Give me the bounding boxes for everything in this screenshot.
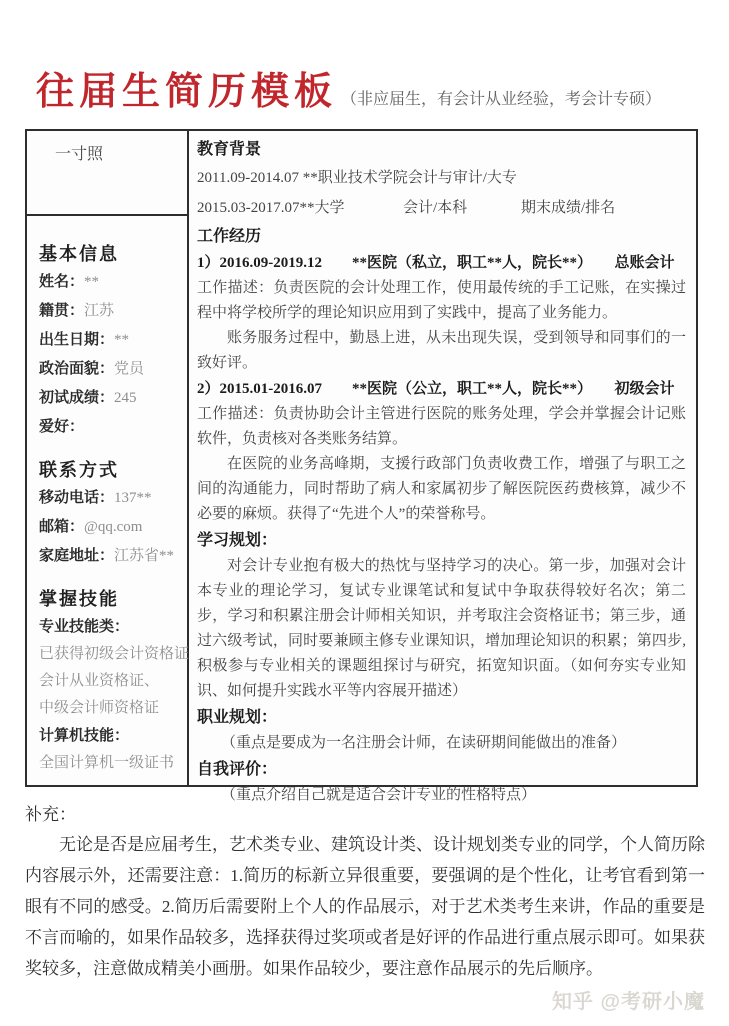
- work-heading: 工作经历: [197, 223, 686, 250]
- basic-info-heading: 基本信息: [39, 240, 181, 268]
- professional-skills-label: 专业技能类：: [39, 613, 181, 641]
- field-label: 爱好：: [39, 419, 84, 435]
- field-value: 江苏省**: [114, 548, 174, 564]
- computer-skill-items: 全国计算机一级证书: [39, 750, 181, 777]
- professional-skill-items: 已获得初级会计资格证会计从业资格证、中级会计师资格证: [39, 641, 181, 722]
- info-field: 家庭地址：江苏省**: [39, 542, 181, 571]
- education-cell: 2011.09-2014.07 **职业技术学院: [197, 163, 408, 193]
- job-title: 1）2016.09-2019.12 **医院（私立，职工**人，院长**） 总账…: [197, 250, 686, 276]
- field-label: 姓名：: [39, 274, 84, 290]
- info-field: 姓名：**: [39, 268, 181, 297]
- field-label: 初试成绩：: [39, 390, 114, 406]
- education-row: 2011.09-2014.07 **职业技术学院会计与审计/大专: [197, 163, 686, 193]
- supplement-section: 补充： 无论是否是应届考生，艺术类专业、建筑设计类、设计规划类专业的同学，个人简…: [25, 800, 705, 984]
- job-paragraph: 工作描述：负责医院的会计处理工作，使用最传统的手工记账，在实操过程中将学校所学的…: [197, 276, 686, 326]
- field-value: 137**: [114, 490, 152, 506]
- page-subtitle: （非应届生，有会计从业经验，考会计专硕）: [341, 91, 661, 108]
- doc-title: 往届生简历模板（非应届生，有会计从业经验，考会计专硕）: [0, 0, 729, 115]
- study-plan-heading: 学习规划：: [197, 527, 686, 554]
- left-column: 一寸照 基本信息 姓名：**籍贯：江苏出生日期：**政治面貌：党员初试成绩：24…: [27, 131, 189, 785]
- photo-placeholder: 一寸照: [27, 131, 187, 216]
- education-cell: 2015.03-2017.07**大学: [197, 193, 403, 223]
- right-column: 教育背景 2011.09-2014.07 **职业技术学院会计与审计/大专201…: [189, 131, 696, 785]
- basic-info-section: 基本信息 姓名：**籍贯：江苏出生日期：**政治面貌：党员初试成绩：245爱好：: [39, 240, 181, 442]
- contact-heading: 联系方式: [39, 456, 181, 484]
- job-title: 2）2015.01-2016.07 **医院（公立，职工**人，院长**） 初级…: [197, 376, 686, 402]
- info-field: 邮箱：@qq.com: [39, 513, 181, 542]
- education-heading: 教育背景: [197, 136, 686, 163]
- self-evaluation-heading: 自我评价：: [197, 756, 686, 783]
- skill-item: 全国计算机一级证书: [39, 750, 181, 777]
- supplement-body: 无论是否是应届考生，艺术类专业、建筑设计类、设计规划类专业的同学，个人简历除内容…: [25, 829, 705, 984]
- field-label: 移动电话：: [39, 490, 114, 506]
- study-plan-body: 对会计专业抱有极大的热忱与坚持学习的决心。第一步，加强对会计本专业的理论学习，复…: [197, 554, 686, 704]
- education-rows: 2011.09-2014.07 **职业技术学院会计与审计/大专2015.03-…: [197, 163, 686, 223]
- job-paragraph: 工作描述：负责协助会计主管进行医院的账务处理，学会并掌握会计记账软件，负责核对各…: [197, 402, 686, 452]
- basic-info-fields: 姓名：**籍贯：江苏出生日期：**政治面貌：党员初试成绩：245爱好：: [39, 268, 181, 442]
- education-row: 2015.03-2017.07**大学会计/本科期末成绩/排名: [197, 193, 686, 223]
- self-evaluation-body: （重点介绍自己就是适合会计专业的性格特点）: [197, 783, 686, 808]
- resume-page: 往届生简历模板（非应届生，有会计从业经验，考会计专硕） 一寸照 基本信息 姓名：…: [0, 0, 729, 1026]
- field-value: 江苏: [84, 303, 114, 319]
- info-field: 移动电话：137**: [39, 484, 181, 513]
- info-field: 籍贯：江苏: [39, 297, 181, 326]
- watermark: 知乎 @考研小魔: [552, 985, 705, 1014]
- field-label: 政治面貌：: [39, 361, 114, 377]
- career-plan-body: （重点是要成为一名注册会计师，在读研期间能做出的准备）: [197, 731, 686, 756]
- field-value: **: [114, 332, 129, 348]
- contact-fields: 移动电话：137**邮箱：@qq.com家庭地址：江苏省**: [39, 484, 181, 571]
- resume-table: 一寸照 基本信息 姓名：**籍贯：江苏出生日期：**政治面貌：党员初试成绩：24…: [25, 129, 698, 787]
- page-title: 往届生简历模板: [36, 71, 337, 113]
- skills-heading: 掌握技能: [39, 585, 181, 613]
- job-paragraph: 在医院的业务高峰期，支援行政部门负责收费工作，增强了与职工之间的沟通能力，同时帮…: [197, 452, 686, 527]
- field-value: **: [84, 274, 99, 290]
- skills-section: 掌握技能 专业技能类： 已获得初级会计资格证会计从业资格证、中级会计师资格证 计…: [39, 585, 181, 777]
- job-list: 1）2016.09-2019.12 **医院（私立，职工**人，院长**） 总账…: [197, 250, 686, 527]
- skill-item: 会计从业资格证、: [39, 668, 181, 695]
- field-label: 邮箱：: [39, 519, 84, 535]
- field-value: 党员: [114, 361, 144, 377]
- education-cell: 期末成绩/排名: [521, 193, 615, 223]
- field-value: @qq.com: [84, 519, 142, 535]
- info-field: 政治面貌：党员: [39, 355, 181, 384]
- field-value: 245: [114, 390, 137, 406]
- info-field: 爱好：: [39, 413, 181, 442]
- info-field: 初试成绩：245: [39, 384, 181, 413]
- info-field: 出生日期：**: [39, 326, 181, 355]
- skill-item: 已获得初级会计资格证: [39, 641, 181, 668]
- field-label: 家庭地址：: [39, 548, 114, 564]
- left-info-cell: 基本信息 姓名：**籍贯：江苏出生日期：**政治面貌：党员初试成绩：245爱好：…: [27, 216, 187, 785]
- skill-item: 中级会计师资格证: [39, 695, 181, 722]
- field-label: 籍贯：: [39, 303, 84, 319]
- computer-skills-label: 计算机技能：: [39, 722, 181, 750]
- contact-section: 联系方式 移动电话：137**邮箱：@qq.com家庭地址：江苏省**: [39, 456, 181, 571]
- job-paragraph: 账务服务过程中，勤恳上进，从未出现失误，受到领导和同事们的一致好评。: [197, 326, 686, 376]
- education-cell: 会计与审计/大专: [408, 163, 526, 193]
- career-plan-heading: 职业规划：: [197, 704, 686, 731]
- field-label: 出生日期：: [39, 332, 114, 348]
- education-cell: 会计/本科: [403, 193, 521, 223]
